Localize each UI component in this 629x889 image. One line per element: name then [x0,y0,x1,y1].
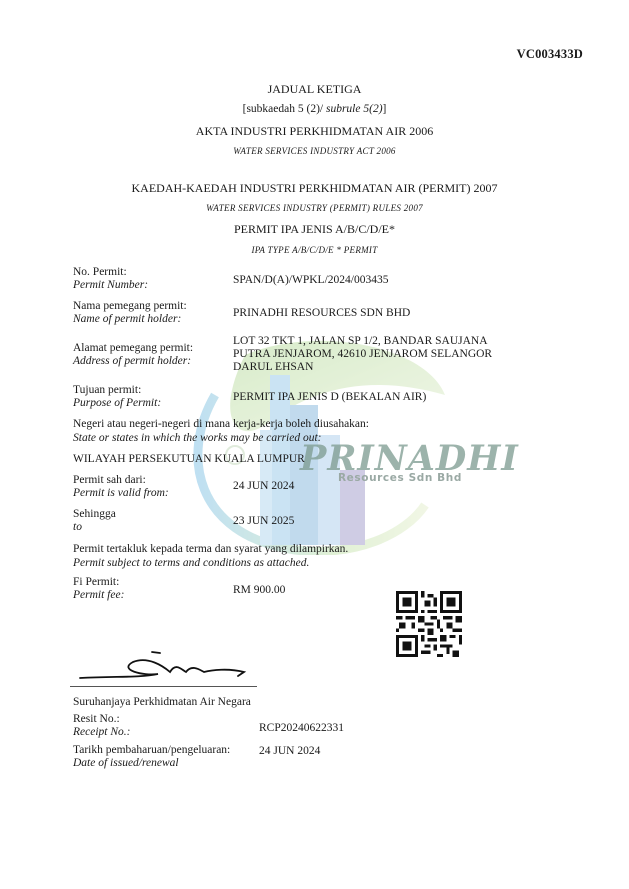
states-value: WILAYAH PERSEKUTUAN KUALA LUMPUR [73,453,305,467]
address-label: Alamat pemegang permit:Address of permit… [73,342,193,368]
fee-value: RM 900.00 [233,584,285,597]
holder-label: Nama pemegang permit:Name of permit hold… [73,300,187,326]
watermark-sub: Resources Sdn Bhd [338,472,462,484]
purpose-label: Tujuan permit:Purpose of Permit: [73,384,161,410]
valid-from-value: 24 JUN 2024 [233,480,294,493]
act-title-ms: AKTA INDUSTRI PERKHIDMATAN AIR 2006 [0,124,629,139]
issue-date-label: Tarikh pembaharuan/pengeluaran:Date of i… [73,744,230,770]
receipt-label: Resit No.:Receipt No.: [73,713,130,739]
signature [78,648,248,684]
valid-to-value: 23 JUN 2025 [233,515,294,528]
receipt-value: RCP20240622331 [259,722,344,735]
serial-number: VC003433D [517,47,583,62]
valid-to-label: Sehinggato [73,508,116,534]
holder-value: PRINADHI RESOURCES SDN BHD [233,307,410,320]
permit-number-label: No. Permit:Permit Number: [73,266,148,292]
qr-code [396,591,462,657]
valid-from-label: Permit sah dari:Permit is valid from: [73,474,169,500]
subrule-ref: [subkaedah 5 (2)/ subrule 5(2)] [0,103,629,115]
states-label: Negeri atau negeri-negeri di mana kerja-… [73,418,369,445]
issue-date-value: 24 JUN 2024 [259,745,320,758]
permit-type-ms: PERMIT IPA JENIS A/B/C/D/E* [0,222,629,237]
fee-label: Fi Permit:Permit fee: [73,576,124,602]
purpose-value: PERMIT IPA JENIS D (BEKALAN AIR) [233,391,426,404]
rules-title-ms: KAEDAH-KAEDAH INDUSTRI PERKHIDMATAN AIR … [0,181,629,196]
authority-name: Suruhanjaya Perkhidmatan Air Negara [73,696,251,710]
schedule-title: JADUAL KETIGA [0,82,629,97]
terms-note: Permit tertakluk kepada terma dan syarat… [73,543,348,570]
permit-number-value: SPAN/D(A)/WPKL/2024/003435 [233,274,388,287]
address-value: LOT 32 TKT 1, JALAN SP 1/2, BANDAR SAUJA… [233,335,492,374]
rules-title-en: WATER SERVICES INDUSTRY (PERMIT) RULES 2… [0,203,629,213]
act-title-en: WATER SERVICES INDUSTRY ACT 2006 [0,146,629,156]
permit-type-en: IPA TYPE A/B/C/D/E * PERMIT [0,245,629,255]
signature-line [70,686,257,687]
